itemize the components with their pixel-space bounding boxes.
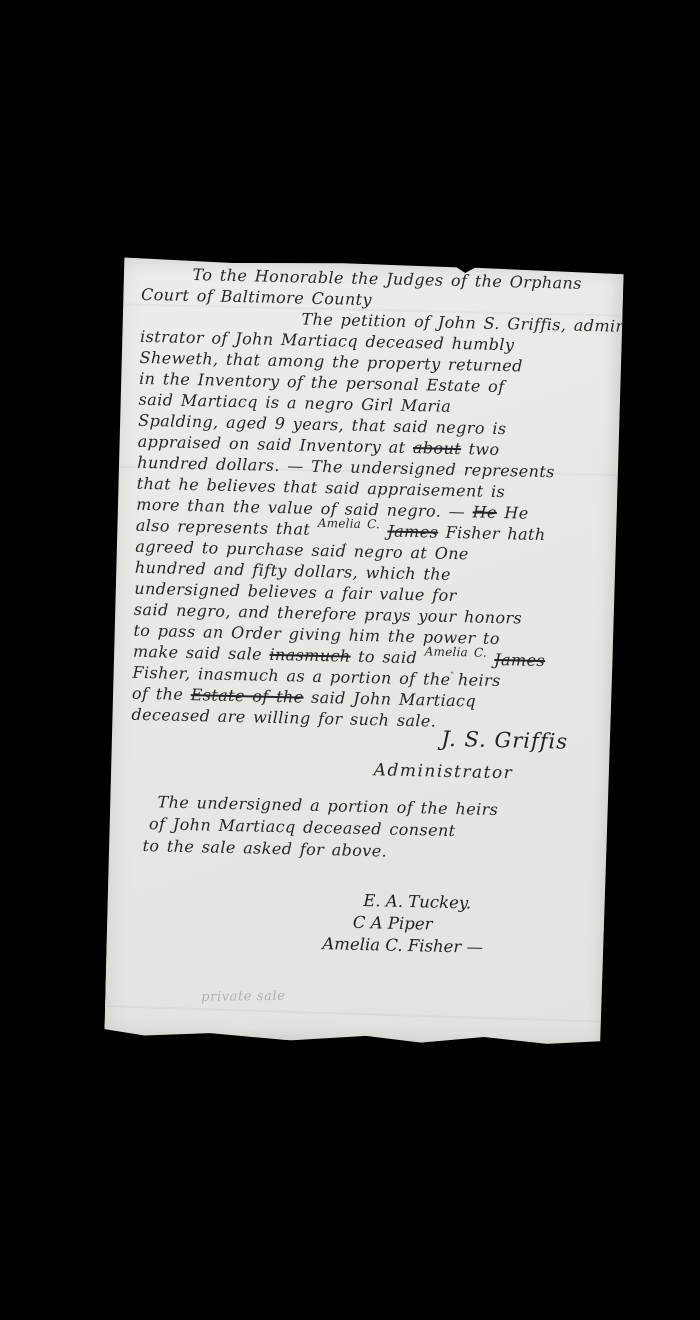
manuscript-text: deceased are willing for such sale. — [131, 705, 436, 731]
consent-statement: The undersigned a portion of the heirsof… — [142, 791, 498, 865]
interlinear-insertion: Amelia C. — [425, 644, 487, 659]
manuscript-text: to said — [350, 647, 424, 668]
document-paper: To the Honorable the Judges of the Orpha… — [104, 257, 625, 1047]
manuscript-text: Fisher hath — [438, 523, 546, 544]
administrator-title: Administrator — [373, 760, 513, 783]
manuscript-text: said John Martiacq — [303, 688, 476, 711]
struck-text: inasmuch — [269, 645, 351, 666]
interlinear-insertion: Amelia C. — [318, 516, 380, 531]
struck-text: James — [387, 521, 438, 541]
struck-text: James — [494, 650, 545, 670]
struck-text: about — [413, 438, 462, 458]
signature-fisher: Amelia C. Fisher — — [322, 933, 483, 959]
manuscript-text: two — [461, 439, 500, 459]
petition-text: To the Honorable the Judges of the Orpha… — [131, 263, 618, 736]
manuscript-text: He — [497, 503, 529, 523]
manuscript-text: Court of Baltimore County — [141, 285, 372, 309]
signature-tuckey: E. A. Tuckey. — [363, 890, 484, 915]
manuscript-text: of the — [132, 684, 191, 704]
scan-background: To the Honorable the Judges of the Orpha… — [0, 0, 700, 1320]
consent-signatures: E. A. Tuckey. C A Piper Amelia C. Fisher… — [322, 889, 484, 959]
paper-crease — [105, 1005, 608, 1023]
manuscript-text: to the sale asked for above. — [142, 836, 387, 861]
administrator-signature: J. S. Griffis — [441, 727, 568, 754]
pencil-annotation: private sale — [201, 989, 285, 1005]
struck-text: He — [472, 502, 497, 522]
manuscript-text: make said sale — [133, 642, 270, 664]
signature-piper: C A Piper — [353, 912, 484, 937]
struck-text: Estate of the — [191, 685, 304, 707]
